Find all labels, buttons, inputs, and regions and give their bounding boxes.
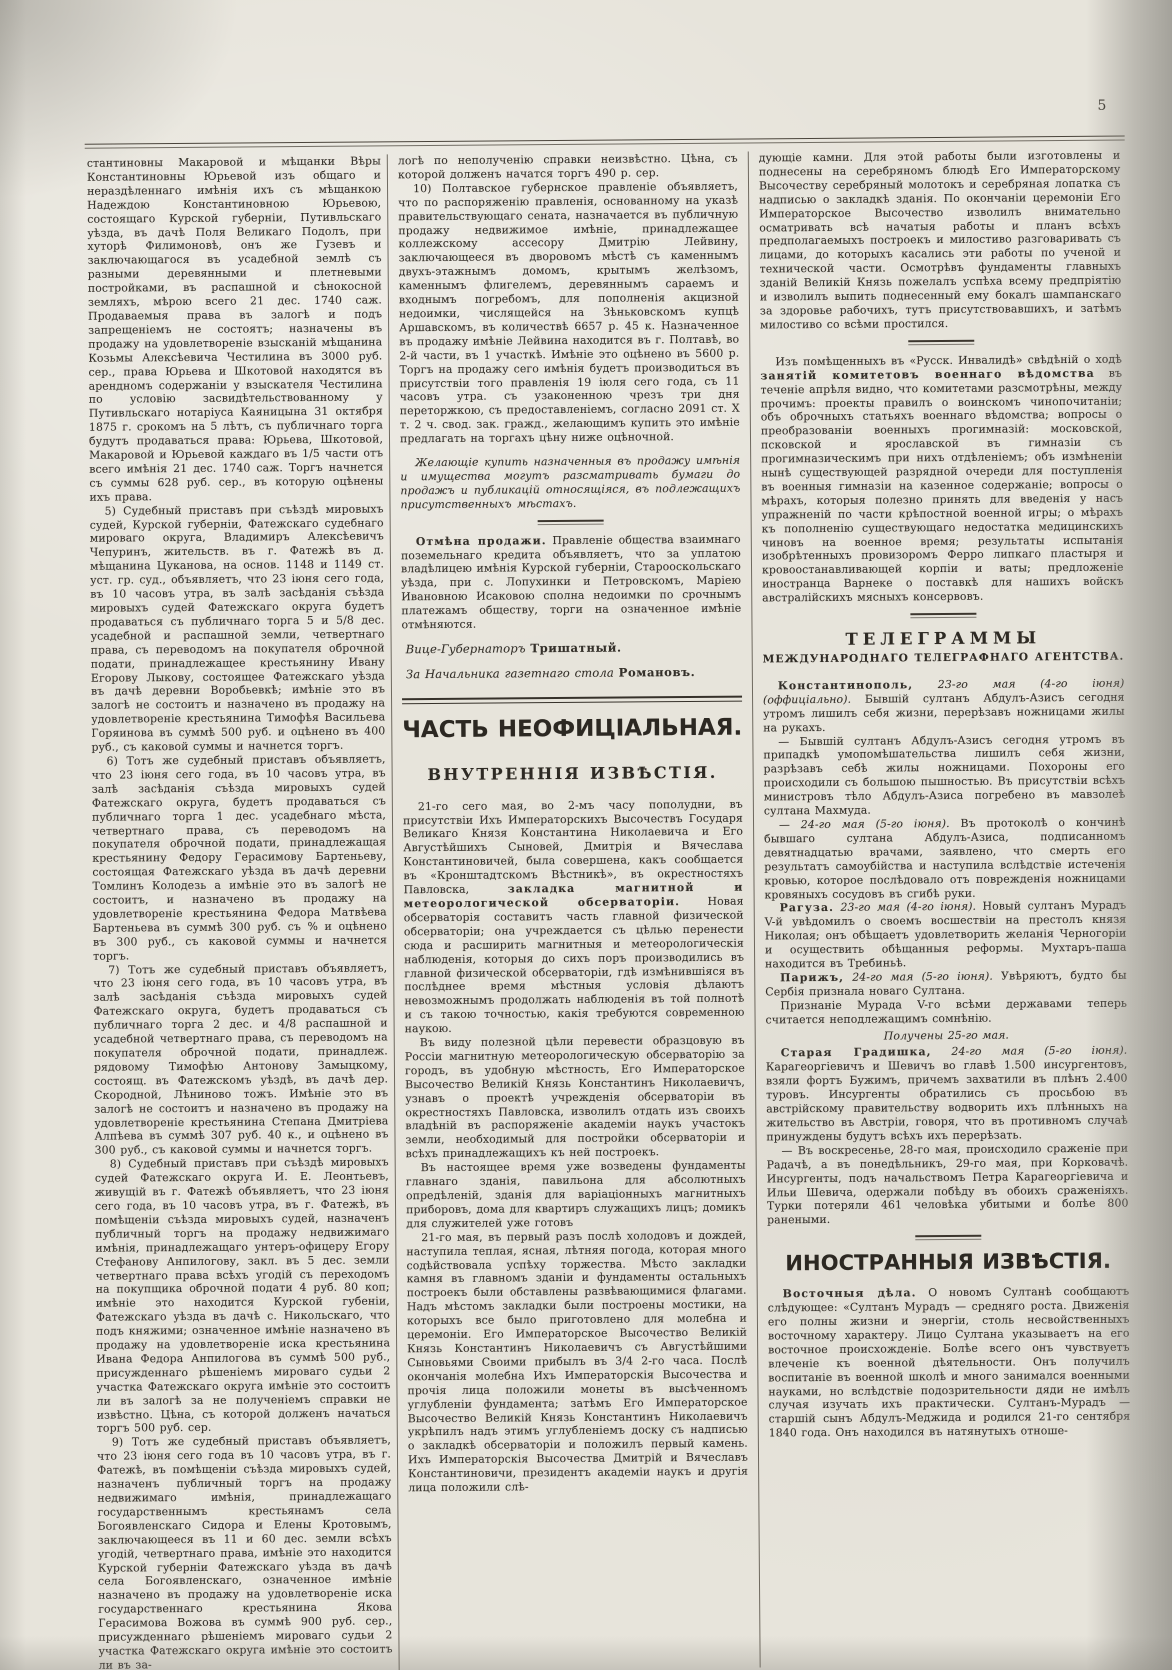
unofficial-part-divider [402,695,742,704]
unofficial-part-title: ЧАСТЬ НЕОФИЦІАЛЬНАЯ. [402,721,742,738]
newspaper-sheet: 5 стантиновны Макаровой и мѣщанки Вѣры К… [0,0,1172,1670]
telegram-abdul-aziz-funeral: — Бывшій султанъ Абдулъ-Азисъ сегодня ут… [763,732,1125,818]
telegram-paris: Парижъ, 24-го мая (5-го іюня). Увѣряютъ,… [765,968,1127,999]
ad-item-9: 9) Тотъ же судебный приставъ объявляетъ,… [97,1434,393,1670]
observatory-paragraph-4: 21-го мая, въ первый разъ послѣ холодовъ… [406,1228,748,1495]
section-divider [910,613,976,619]
ad-item-6: 6) Тотъ же судебный приставъ объявляетъ,… [91,752,387,963]
ad-item-10: 10) Полтавское губернское правленіе объя… [398,179,740,446]
section-divider [915,1235,981,1241]
ad-item-4-continuation: стантиновны Макаровой и мѣщанки Вѣры Кон… [87,154,384,504]
ad-item-5: 5) Судебный приставъ при съѣздѣ мировыхъ… [90,502,386,755]
telegram-ragusa: Рагуза. 23-го мая (4-го іюня). Новый сул… [765,899,1127,971]
telegram-protocol: — 24-го мая (5-го іюня). Въ протоколѣ о … [764,816,1126,902]
text-columns: стантиновны Макаровой и мѣщанки Вѣры Кон… [87,149,1139,1670]
gazette-desk-signature: За Начальника газетнаго стола Романовъ. [402,665,742,682]
ad-item-9-continuation: логѣ по неполученію справки неизвѣстно. … [398,152,738,182]
domestic-news-title: ВНУТРЕННІЯ ИЗВѢСТІЯ. [403,765,743,782]
column-left: стантиновны Макаровой и мѣщанки Вѣры Кон… [87,154,399,1670]
telegrams-title: ТЕЛЕГРАММЫ [762,631,1124,648]
newspaper-page-scan: 5 стантиновны Макаровой и мѣщанки Вѣры К… [0,0,1172,1670]
telegram-battles: — Въ воскресенье, 28-го мая, происходило… [766,1141,1128,1227]
observatory-paragraph-5: дующіе камни. Для этой работы были изгот… [759,149,1122,333]
masthead-rule [85,136,1125,149]
foreign-news-title: ИНОСТРАННЫЯ ИЗВѢСТІЯ. [767,1255,1129,1272]
section-divider [908,340,974,346]
telegram-recognition: Признаніе Мурада V-го всѣми державами те… [765,996,1127,1027]
ad-item-7: 7) Тотъ же судебный приставъ объявляетъ,… [93,961,389,1158]
column-middle: логѣ по неполученію справки неизвѣстно. … [387,151,761,1670]
eastern-affairs-paragraph: Восточныя дѣла. О новомъ Султанѣ сообщаю… [768,1285,1131,1441]
ad-item-8: 8) Судебный приставъ при съѣздѣ мировыхъ… [95,1156,391,1436]
observatory-paragraph-3: Въ настоящее время уже возведены фундаме… [406,1159,746,1231]
telegrams-received-date: Получены 25-го мая. [766,1027,1128,1044]
observatory-paragraph-2: Въ виду полезной цѣли перевести образцов… [405,1034,746,1162]
telegram-constantinople: Константинополь, 23-го мая (4-го іюня) (… [763,676,1125,734]
section-divider [538,519,604,525]
sale-cancellation: Отмѣна продажи. Правленіе общества взаим… [401,532,742,632]
column-right: дующіе камни. Для этой работы были изгот… [749,149,1132,1668]
vice-governor-signature: Вице-Губернаторъ Тришатный. [402,641,742,658]
observatory-paragraph-1: 21-го сего мая, во 2-мъ часу пополудни, … [403,797,745,1036]
telegrams-subtitle: МЕЖДУНАРОДНАГО ТЕЛЕГРАФНАГО АГЕНТСТВА. [763,651,1125,668]
page-number: 5 [1097,98,1106,114]
military-committees-paragraph: Изъ помѣщенныхъ въ «Русск. Инвалидѣ» свѣ… [760,352,1124,605]
telegram-stara-gradiska: Старая Градишка, 24-го мая (5-го іюня). … [766,1044,1128,1144]
buyers-notice: Желающіе купить назначенныя въ продажу и… [400,454,740,512]
